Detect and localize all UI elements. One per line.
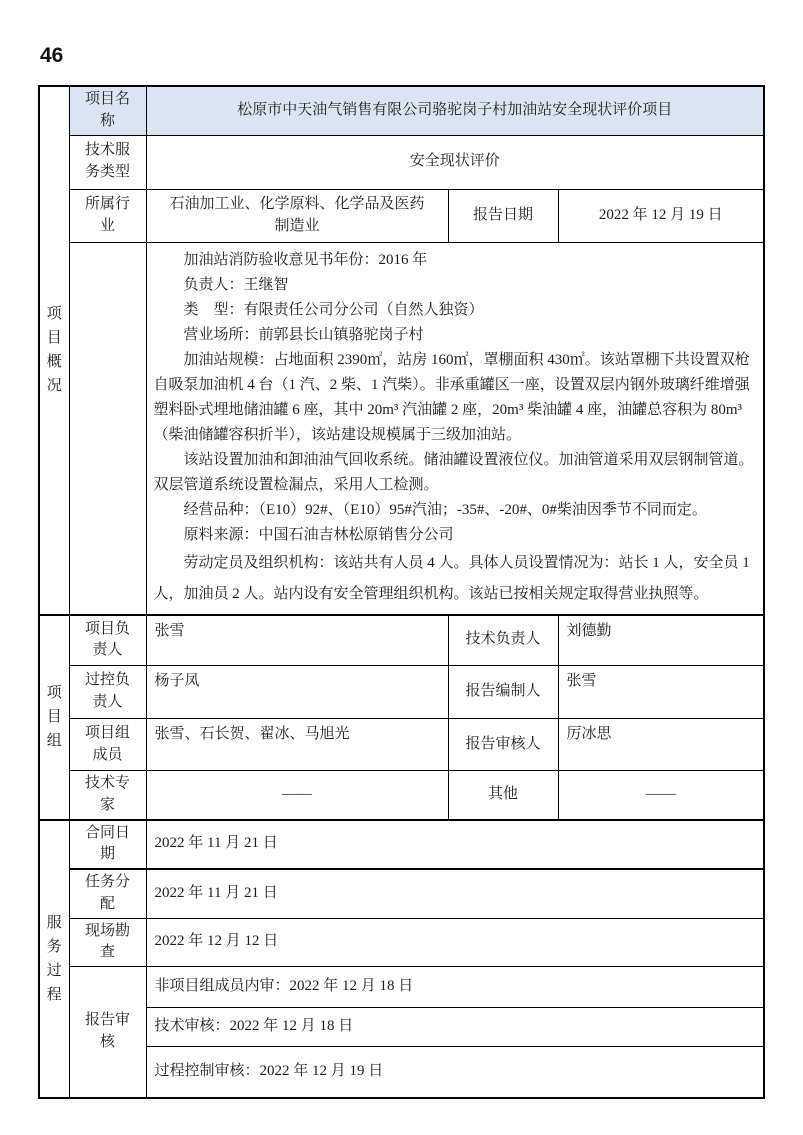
service-type-label: 技术服务类型 (83, 140, 133, 184)
team-members-label-cell: 项目组成员 (69, 719, 146, 771)
overview-paragraph: 负责人：王继智 (154, 273, 756, 298)
overview-paragraph: 经营品种：（E10）92#、（E10）95#汽油；-35#、-20#、0#柴油因… (154, 498, 756, 523)
assignment-label-cell: 任务分配 (69, 869, 146, 918)
service-type-value-cell: 安全现状评价 (146, 135, 764, 189)
assignment-label: 任务分配 (83, 872, 133, 916)
report-writer-value-cell: 张雪 (558, 666, 764, 719)
tech-leader-label: 技术负责人 (465, 631, 540, 647)
internal-review-cell: 非项目组成员内审：2022 年 12 月 18 日 (146, 967, 764, 1008)
section-label-process: 服务过程 (39, 820, 69, 1098)
industry-value: 石油加工业、化学原料、化学品及医药制造业 (166, 194, 429, 238)
other-label-cell: 其他 (448, 771, 558, 820)
overview-paragraph: 加油站规模：占地面积 2390㎡，站房 160㎡，罩棚面积 430㎡。该站罩棚下… (154, 348, 756, 448)
report-writer-label-cell: 报告编制人 (448, 666, 558, 719)
overview-description-cell: 加油站消防验收意见书年份：2016 年 负责人：王继智 类 型：有限责任公司分公… (146, 242, 764, 615)
tech-expert-value-cell: —— (146, 771, 448, 820)
project-name-value: 松原市中天油气销售有限公司骆驼岗子村加油站安全现状评价项目 (237, 102, 672, 118)
site-survey-label-cell: 现场勘查 (69, 918, 146, 967)
tech-expert-label-cell: 技术专家 (69, 771, 146, 820)
project-summary-table: 项目概况 项目名称 松原市中天油气销售有限公司骆驼岗子村加油站安全现状评价项目 … (38, 85, 765, 1099)
contract-date-value-cell: 2022 年 11 月 21 日 (146, 820, 764, 870)
overview-side-label: 项目概况 (45, 302, 63, 398)
industry-label: 所属行业 (83, 194, 133, 238)
page-number: 46 (40, 44, 63, 68)
tech-leader-label-cell: 技术负责人 (448, 615, 558, 666)
industry-value-cell: 石油加工业、化学原料、化学品及医药制造业 (146, 189, 448, 242)
contract-date-label-cell: 合同日期 (69, 820, 146, 870)
process-control-label: 过控负责人 (83, 670, 133, 714)
report-reviewer-value: 厉冰思 (567, 726, 612, 742)
report-date-label-cell: 报告日期 (448, 189, 558, 242)
contract-date-value: 2022 年 11 月 21 日 (155, 835, 278, 851)
report-writer-value: 张雪 (567, 673, 597, 689)
team-side-label: 项目组 (45, 681, 63, 753)
site-survey-value-cell: 2022 年 12 月 12 日 (146, 918, 764, 967)
assignment-value-cell: 2022 年 11 月 21 日 (146, 869, 764, 918)
report-writer-label: 报告编制人 (465, 683, 540, 699)
technical-review-cell: 技术审核：2022 年 12 月 18 日 (146, 1008, 764, 1047)
process-control-review-cell: 过程控制审核：2022 年 12 月 19 日 (146, 1047, 764, 1098)
process-control-review-value: 过程控制审核：2022 年 12 月 19 日 (155, 1063, 384, 1079)
overview-paragraph: 加油站消防验收意见书年份：2016 年 (154, 248, 756, 273)
tech-leader-value-cell: 刘德勤 (558, 615, 764, 666)
tech-expert-value: —— (282, 786, 312, 802)
overview-paragraph: 原料来源：中国石油吉林松原销售分公司 (154, 523, 756, 548)
contract-date-label: 合同日期 (83, 823, 133, 867)
team-members-value: 张雪、石长贺、翟冰、马旭光 (155, 726, 350, 742)
project-name-value-cell: 松原市中天油气销售有限公司骆驼岗子村加油站安全现状评价项目 (146, 86, 764, 135)
overview-empty-cell (69, 242, 146, 615)
project-leader-label: 项目负责人 (83, 619, 133, 663)
section-label-overview: 项目概况 (39, 86, 69, 615)
report-reviewer-label-cell: 报告审核人 (448, 719, 558, 771)
project-leader-value: 张雪 (155, 623, 185, 639)
overview-paragraph: 营业场所：前郭县长山镇骆驼岗子村 (154, 323, 756, 348)
overview-paragraph: 类 型：有限责任公司分公司（自然人独资） (154, 298, 756, 323)
internal-review-value: 非项目组成员内审：2022 年 12 月 18 日 (155, 978, 414, 994)
report-date-value: 2022 年 12 月 19 日 (599, 207, 723, 223)
overview-paragraph: 劳动定员及组织机构：该站共有人员 4 人。具体人员设置情况为：站长 1 人，安全… (154, 548, 756, 610)
team-members-label: 项目组成员 (83, 723, 133, 767)
site-survey-label: 现场勘查 (83, 921, 133, 965)
site-survey-value: 2022 年 12 月 12 日 (155, 933, 279, 949)
report-review-label: 报告审核 (83, 1010, 133, 1054)
process-control-value-cell: 杨子凤 (146, 666, 448, 719)
other-label: 其他 (488, 786, 518, 802)
other-value-cell: —— (558, 771, 764, 820)
tech-leader-value: 刘德勤 (567, 623, 612, 639)
overview-paragraph: 该站设置加油和卸油油气回收系统。储油罐设置液位仪。加油管道采用双层钢制管道。双层… (154, 448, 756, 498)
service-type-value: 安全现状评价 (410, 153, 500, 169)
project-leader-value-cell: 张雪 (146, 615, 448, 666)
report-reviewer-value-cell: 厉冰思 (558, 719, 764, 771)
report-date-label: 报告日期 (473, 207, 533, 223)
section-label-team: 项目组 (39, 615, 69, 820)
project-leader-label-cell: 项目负责人 (69, 615, 146, 666)
team-members-value-cell: 张雪、石长贺、翟冰、马旭光 (146, 719, 448, 771)
process-control-value: 杨子凤 (155, 673, 200, 689)
technical-review-value: 技术审核：2022 年 12 月 18 日 (155, 1018, 354, 1034)
report-date-value-cell: 2022 年 12 月 19 日 (558, 189, 764, 242)
report-review-label-cell: 报告审核 (69, 967, 146, 1098)
assignment-value: 2022 年 11 月 21 日 (155, 885, 278, 901)
project-name-label-cell: 项目名称 (69, 86, 146, 135)
industry-label-cell: 所属行业 (69, 189, 146, 242)
process-control-label-cell: 过控负责人 (69, 666, 146, 719)
report-reviewer-label: 报告审核人 (465, 736, 540, 752)
service-type-label-cell: 技术服务类型 (69, 135, 146, 189)
other-value: —— (646, 786, 676, 802)
project-name-label: 项目名称 (83, 89, 133, 133)
tech-expert-label: 技术专家 (83, 773, 133, 817)
process-side-label: 服务过程 (45, 911, 63, 1007)
